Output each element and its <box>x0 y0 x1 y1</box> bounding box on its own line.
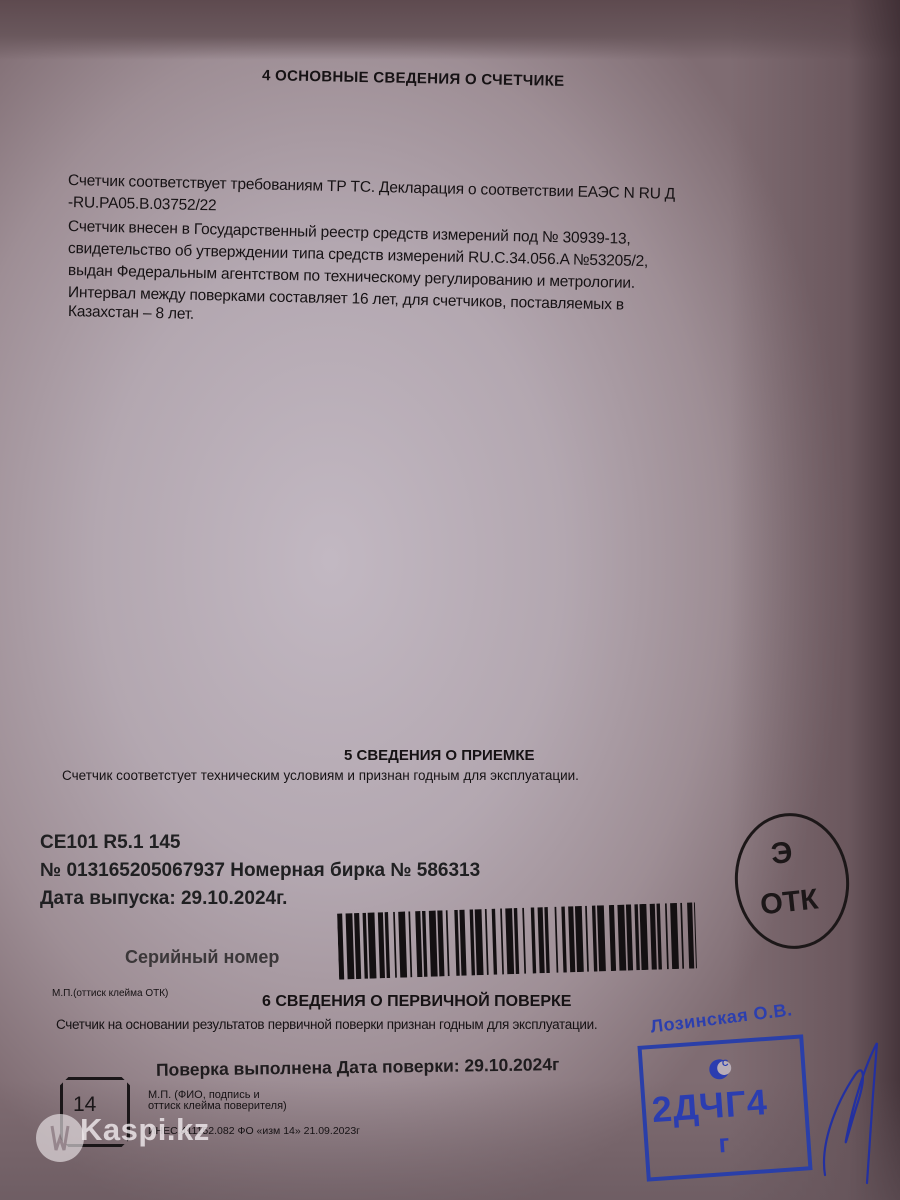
serial-barcode <box>337 902 697 979</box>
verifier-stamp-note: М.П. (ФИО, подпись и оттиск клейма повер… <box>148 1090 287 1112</box>
otk-stamp-label: ОТК <box>759 883 820 922</box>
serial-number-label: Серийный номер <box>125 947 279 968</box>
meter-model: CE101 R5.1 145 <box>40 832 181 854</box>
otk-stamp-note: М.П.(оттиск клейма ОТК) <box>52 988 168 999</box>
svg-text:С: С <box>722 1058 730 1068</box>
section-4-line: -RU.PA05.B.03752/22 <box>68 194 217 215</box>
verifier-stamp-sub: г <box>717 1128 730 1160</box>
verifier-stamp-code: 2ДЧГ4 <box>651 1081 770 1131</box>
verifier-stamp-logo-icon: С <box>704 1053 736 1083</box>
section-5-text: Счетчик соответстует техническим условия… <box>62 768 579 783</box>
otk-stamp-symbol: Э <box>769 836 794 872</box>
section-4-line: Казахстан – 8 лет. <box>68 303 194 324</box>
signature <box>815 1035 885 1185</box>
section-6-text: Счетчик на основании результатов первичн… <box>56 1017 597 1032</box>
verifier-stamp: С 2ДЧГ4 г <box>637 1034 812 1181</box>
watermark-text: Kaspi.kz <box>80 1112 210 1148</box>
section-5-title: 5 СВЕДЕНИЯ О ПРИЕМКЕ <box>344 747 535 764</box>
section-6-title: 6 СВЕДЕНИЯ О ПЕРВИЧНОЙ ПОВЕРКЕ <box>262 993 571 1011</box>
release-date: Дата выпуска: 29.10.2024г. <box>40 888 287 910</box>
serial-number-line: № 013165205067937 Номерная бирка № 58631… <box>40 860 480 882</box>
